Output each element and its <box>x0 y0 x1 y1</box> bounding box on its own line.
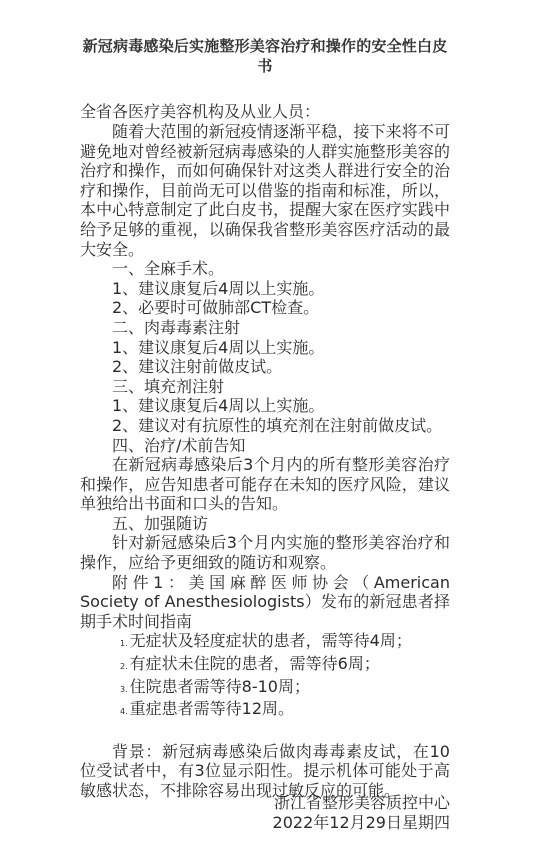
guideline-text: 有症状未住院的患者，需等待6周； <box>130 654 380 673</box>
section-1-item-1: 1、建议康复后4周以上实施。 <box>80 279 450 299</box>
guideline-text: 住院患者需等待8-10周； <box>130 677 310 696</box>
guideline-number: 2. <box>120 662 128 671</box>
appendix-text: 附件1：美国麻醉医师协会（American Society of Anesthe… <box>80 573 450 632</box>
intro-paragraph: 随着大范围的新冠疫情逐渐平稳，接下来将不可避免地对曾经被新冠病毒感染的人群实施整… <box>80 122 450 259</box>
signature-block: 浙江省整形美容质控中心 2022年12月29日星期四 <box>273 793 450 832</box>
section-2-item-2: 2、建议注射前做皮试。 <box>80 357 450 377</box>
section-3-heading: 三、填充剂注射 <box>80 377 450 397</box>
document-title: 新冠病毒感染后实施整形美容治疗和操作的安全性白皮书 <box>80 36 450 76</box>
guideline-text: 重症患者需等待12周。 <box>130 699 294 718</box>
section-3-item-1: 1、建议康复后4周以上实施。 <box>80 396 450 416</box>
section-2-item-1: 1、建议康复后4周以上实施。 <box>80 338 450 358</box>
salutation: 全省各医疗美容机构及从业人员： <box>80 102 450 122</box>
section-1-heading: 一、全麻手术。 <box>80 259 450 279</box>
guideline-number: 3. <box>120 685 128 694</box>
guideline-number: 4. <box>120 707 128 716</box>
signature-date: 2022年12月29日星期四 <box>273 813 450 833</box>
section-4-heading: 四、治疗/术前告知 <box>80 436 450 456</box>
background-paragraph: 背景：新冠病毒感染后做肉毒毒素皮试，在10位受试者中，有3位显示阳性。提示机体可… <box>80 742 450 801</box>
section-4-body: 在新冠病毒感染后3个月内的所有整形美容治疗和操作，应告知患者可能存在未知的医疗风… <box>80 455 450 514</box>
section-3-item-2: 2、建议对有抗原性的填充剂在注射前做皮试。 <box>80 416 450 436</box>
guideline-item: 4.重症患者需等待12周。 <box>80 699 450 722</box>
section-5-body: 针对新冠感染后3个月内实施的整形美容治疗和操作，应给予更细致的随访和观察。 <box>80 533 450 572</box>
guideline-number: 1. <box>120 639 128 648</box>
guideline-item: 2.有症状未住院的患者，需等待6周； <box>80 654 450 677</box>
guideline-text: 无症状及轻度症状的患者，需等待4周； <box>130 631 412 650</box>
section-2-heading: 二、肉毒毒素注射 <box>80 318 450 338</box>
section-5-heading: 五、加强随访 <box>80 514 450 534</box>
document-page: 新冠病毒感染后实施整形美容治疗和操作的安全性白皮书 全省各医疗美容机构及从业人员… <box>80 36 450 801</box>
signature-org: 浙江省整形美容质控中心 <box>273 793 450 813</box>
guideline-item: 3.住院患者需等待8-10周； <box>80 677 450 700</box>
guideline-item: 1.无症状及轻度症状的患者，需等待4周； <box>80 631 450 654</box>
section-1-item-2: 2、必要时可做肺部CT检查。 <box>80 298 450 318</box>
spacer <box>80 722 450 742</box>
